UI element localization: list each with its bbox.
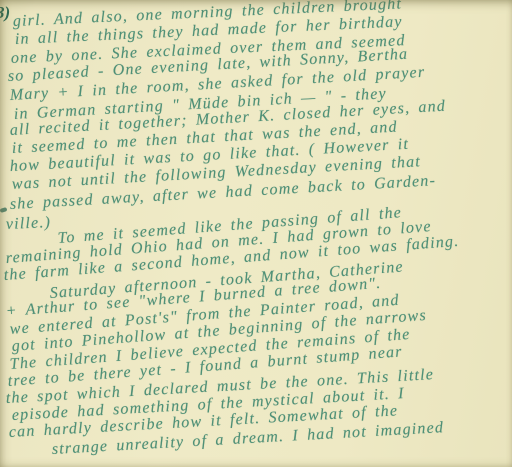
journal-page: 3) girl. And also, one morning the child… xyxy=(0,0,512,467)
handwritten-line: ville.) xyxy=(6,214,52,234)
ink-smudge xyxy=(0,207,7,213)
page-number-mark: 3) xyxy=(0,3,10,23)
